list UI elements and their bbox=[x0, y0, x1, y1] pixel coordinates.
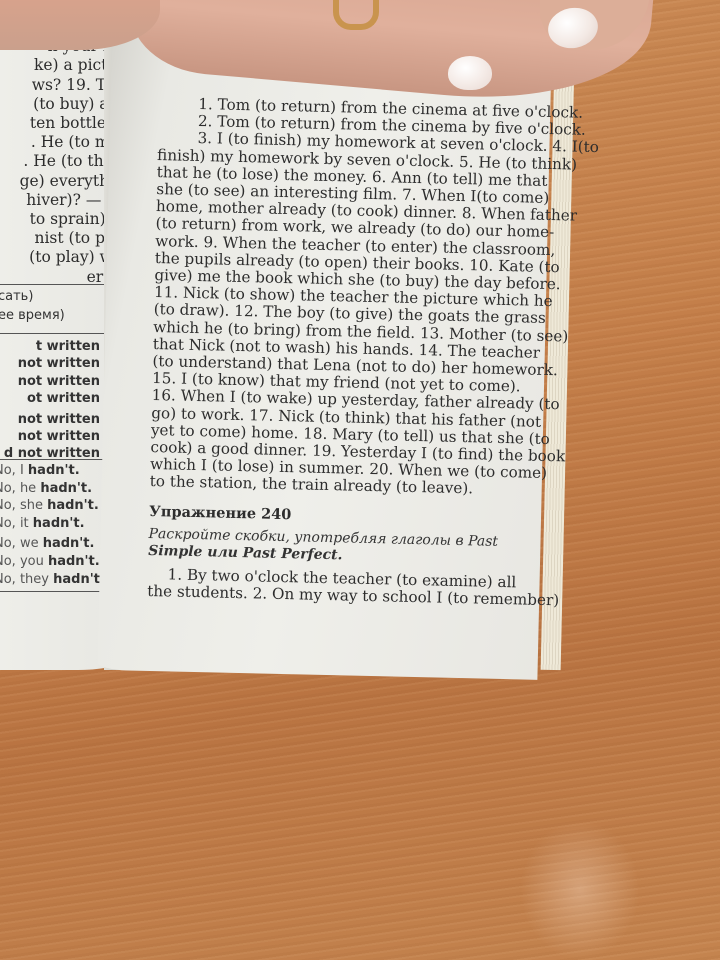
negative-forms: t written not written not written ot wri… bbox=[0, 334, 104, 460]
answer-bold: hadn't. bbox=[43, 536, 95, 551]
short-answers: No, I hadn't. No, he hadn't. No, she had… bbox=[0, 460, 104, 588]
answer-bold: hadn't. bbox=[28, 463, 80, 478]
answer-bold: hadn't. bbox=[40, 481, 92, 496]
answer-prefix: No, I bbox=[0, 463, 28, 478]
short-answer: No, it hadn't. bbox=[0, 515, 104, 533]
negative-form: not written bbox=[0, 355, 104, 372]
grammar-table: сать) ее время) t written not written no… bbox=[0, 284, 105, 592]
table-glare bbox=[520, 820, 640, 960]
exercise-title: Упражнение 240 bbox=[149, 503, 549, 529]
negative-form: ot written bbox=[0, 390, 104, 407]
table-header-line: ее время) bbox=[0, 306, 104, 325]
answer-prefix: No, you bbox=[0, 554, 48, 569]
negative-form: d not written bbox=[0, 445, 104, 462]
negative-form: not written bbox=[0, 411, 104, 428]
answer-prefix: No, he bbox=[0, 481, 40, 496]
right-book-page: 1. Tom (to return) from the cinema at fi… bbox=[97, 30, 551, 680]
answer-bold: hadn't. bbox=[53, 572, 105, 587]
negative-form: t written bbox=[0, 338, 104, 355]
fingernail bbox=[448, 56, 492, 90]
short-answer: No, I hadn't. bbox=[0, 462, 104, 480]
exercise-text: 1. Tom (to return) from the cinema at fi… bbox=[147, 95, 558, 610]
answer-prefix: No, she bbox=[0, 498, 47, 513]
answer-prefix: No, it bbox=[0, 516, 33, 531]
answer-bold: hadn't. bbox=[33, 516, 85, 531]
answer-prefix: No, we bbox=[0, 536, 43, 551]
short-answer: No, you hadn't. bbox=[0, 553, 104, 571]
short-answer: No, they hadn't. bbox=[0, 571, 104, 589]
negative-form: not written bbox=[0, 373, 104, 390]
short-answer: No, we hadn't. bbox=[0, 535, 104, 553]
short-answer: No, he hadn't. bbox=[0, 480, 104, 498]
table-header: сать) ее время) bbox=[0, 285, 104, 334]
answer-bold: hadn't. bbox=[47, 498, 99, 513]
answer-bold: hadn't. bbox=[48, 554, 100, 569]
negative-form: not written bbox=[0, 428, 104, 445]
answer-prefix: No, they bbox=[0, 572, 53, 587]
gold-ring bbox=[333, 0, 379, 30]
table-header-line: сать) bbox=[0, 287, 104, 306]
short-answer: No, she hadn't. bbox=[0, 497, 104, 515]
